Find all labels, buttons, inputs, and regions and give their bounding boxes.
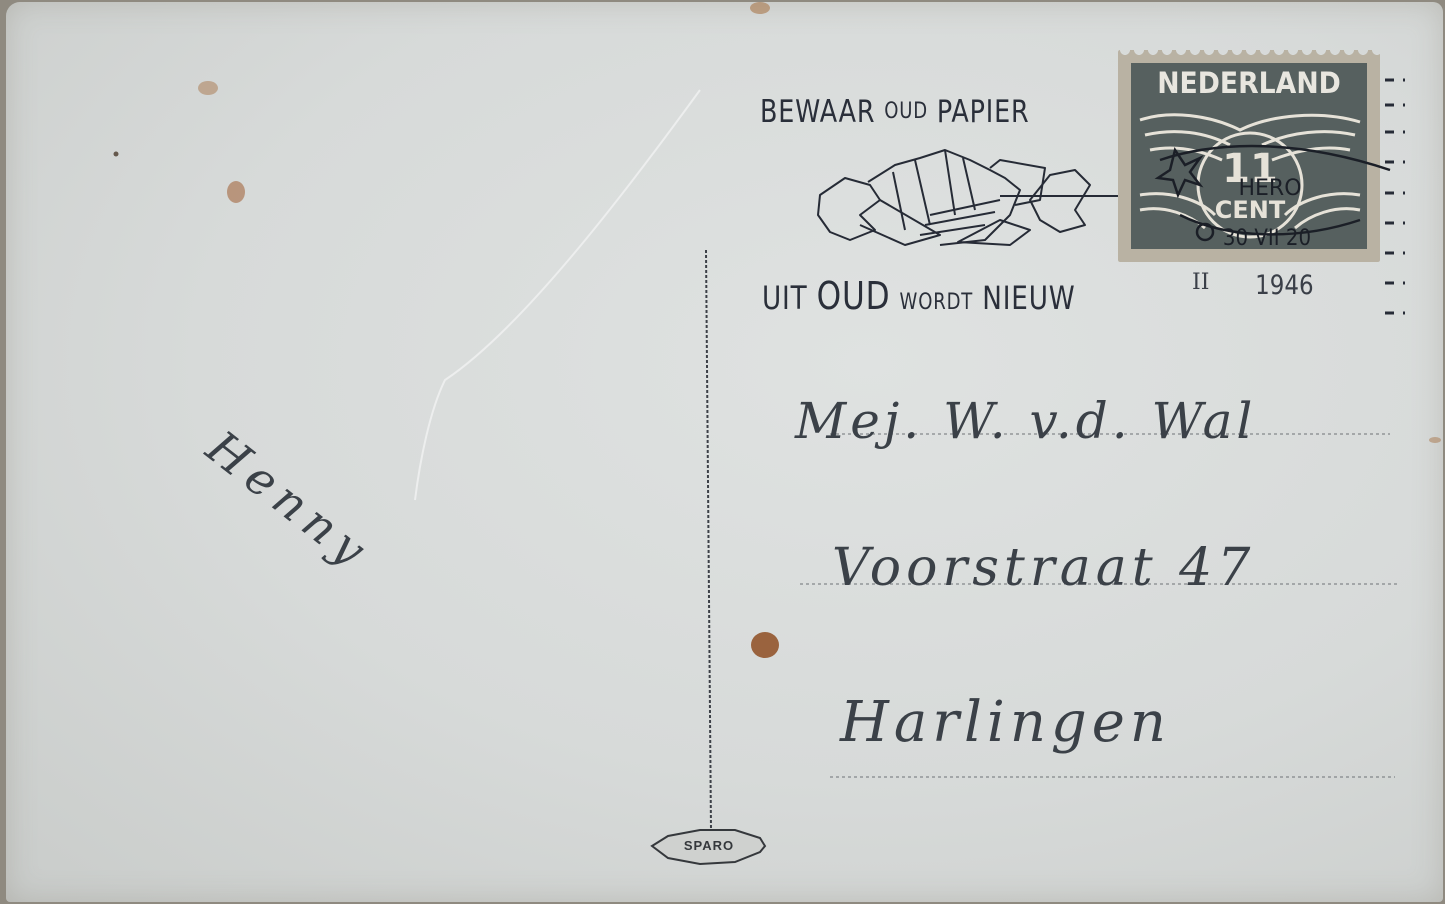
slogan-word: UIT — [762, 279, 807, 317]
slogan-word: WORDT — [900, 290, 974, 315]
postmark-slogan-top: BEWAAR OUD PAPIER — [760, 94, 1029, 130]
recipient-city: Harlingen — [840, 690, 1171, 755]
stain — [750, 2, 770, 14]
postmark-date: 30 VII 20 — [1223, 226, 1311, 251]
postmark-slogan-bottom: UIT OUD WORDT NIEUW — [762, 274, 1075, 318]
postmark-year: 1946 — [1255, 270, 1313, 301]
stain — [1429, 437, 1441, 443]
stain — [198, 81, 218, 95]
publisher-logo: SPARO — [653, 828, 765, 862]
slogan-word: BEWAAR — [760, 94, 875, 130]
recipient-name: Mej. W. v.d. Wal — [795, 392, 1256, 450]
slogan-word: OUD — [817, 274, 891, 318]
recipient-street: Voorstraat 47 — [832, 538, 1255, 598]
stain — [751, 632, 779, 658]
slogan-word: NIEUW — [982, 279, 1075, 317]
stain — [227, 181, 245, 203]
speck — [114, 152, 119, 157]
stamp-country: NEDERLAND — [1140, 66, 1357, 100]
slogan-word: PAPIER — [937, 94, 1030, 130]
postmark-city: HERO — [1238, 176, 1301, 201]
postmark-roman: II — [1192, 270, 1209, 295]
slogan-word: OUD — [884, 99, 928, 124]
